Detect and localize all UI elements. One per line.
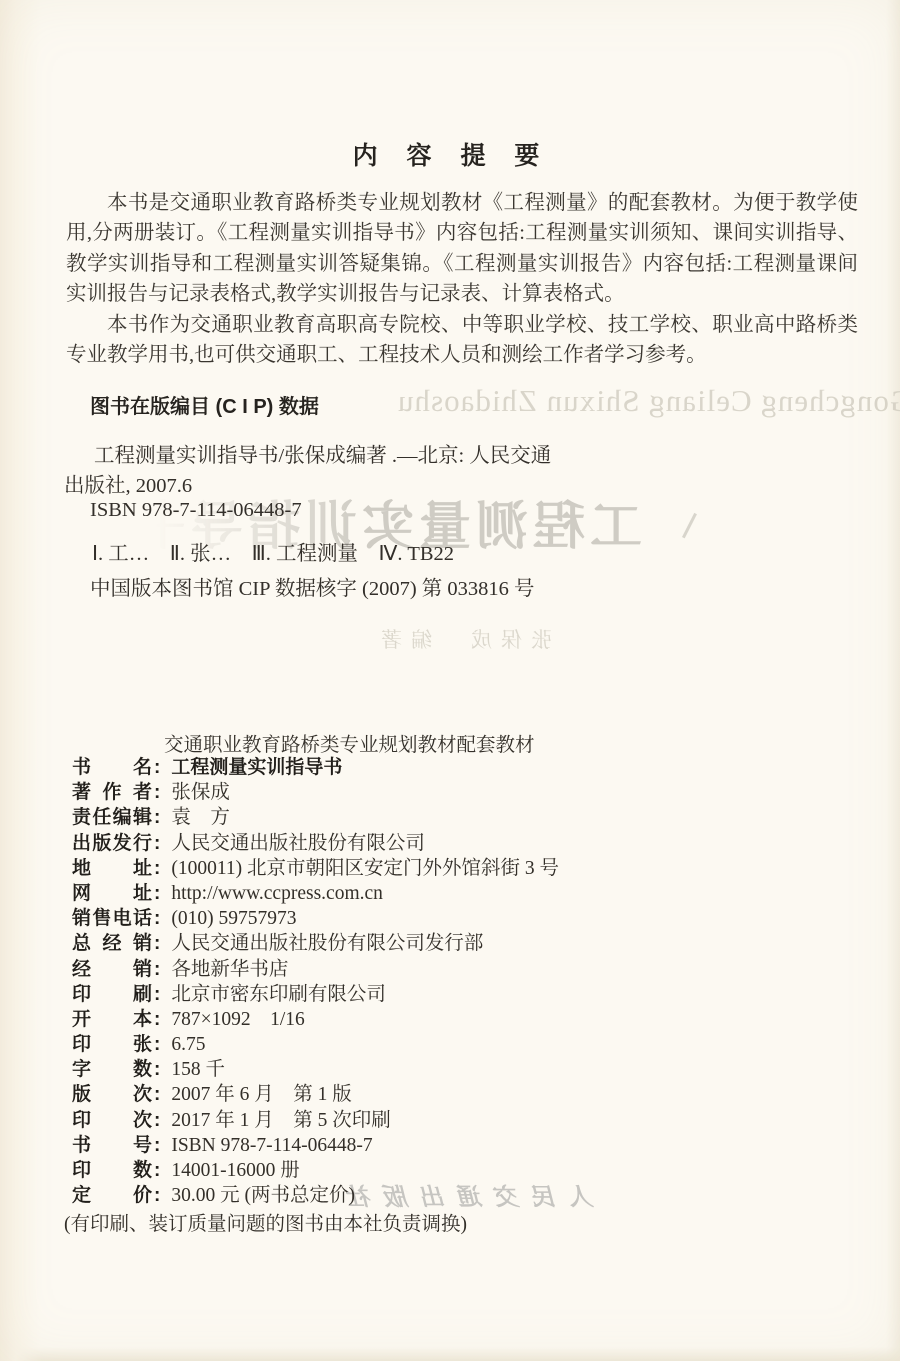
- colophon-label: 印刷: [72, 982, 152, 1007]
- colophon-row: 书号:ISBN 978-7-114-06448-7: [72, 1133, 852, 1158]
- colophon-colon: :: [154, 1059, 160, 1080]
- colophon-value: 袁 方: [171, 807, 230, 828]
- colophon-row: 责任编辑:袁 方: [72, 805, 852, 830]
- colophon-label: 网址: [72, 881, 152, 906]
- colophon-row: 印张:6.75: [72, 1032, 852, 1057]
- cip-heading: 图书在版编目 (C I P) 数据: [90, 390, 319, 419]
- colophon-row: 网址:http://www.ccpress.com.cn: [72, 881, 852, 906]
- summary-paragraph-2: 本书作为交通职业教育高职高专院校、中等职业学校、技工学校、职业高中路桥类专业教学…: [66, 310, 858, 371]
- colophon-label: 著作者: [72, 780, 152, 805]
- colophon-label: 总经销: [72, 931, 152, 956]
- colophon-value: 2007 年 6 月 第 1 版: [171, 1084, 351, 1105]
- colophon-value: 14001-16000 册: [171, 1160, 299, 1181]
- colophon-row: 印数:14001-16000 册: [72, 1158, 852, 1183]
- colophon-label: 书号: [72, 1133, 152, 1158]
- colophon-row: 字数:158 千: [72, 1057, 852, 1082]
- colophon-colon: :: [154, 1110, 160, 1131]
- colophon-colon: :: [154, 1084, 160, 1105]
- summary-paragraph-1: 本书是交通职业教育路桥类专业规划教材《工程测量》的配套教材。为便于教学使用,分两…: [66, 188, 858, 310]
- colophon-colon: :: [154, 984, 160, 1005]
- colophon-colon: :: [154, 908, 160, 929]
- colophon-label: 版次: [72, 1082, 152, 1107]
- summary-block: 本书是交通职业教育路桥类专业规划教材《工程测量》的配套教材。为便于教学使用,分两…: [66, 188, 858, 370]
- cip-line-2: 出版社, 2007.6: [64, 468, 192, 498]
- colophon-row: 出版发行:人民交通出版社股份有限公司: [72, 831, 852, 856]
- colophon-colon: :: [154, 858, 160, 879]
- colophon-row: 地址:(100011) 北京市朝阳区安定门外外馆斜街 3 号: [72, 856, 852, 881]
- colophon-row: 书名:工程测量实训指导书: [72, 755, 852, 780]
- series-note: 交通职业教育路桥类专业规划教材配套教材: [164, 729, 535, 757]
- colophon-value: 各地新华书店: [171, 959, 288, 980]
- colophon-row: 印次:2017 年 1 月 第 5 次印刷: [72, 1108, 852, 1133]
- colophon-value: 人民交通出版社股份有限公司发行部: [171, 933, 483, 954]
- colophon-value: 人民交通出版社股份有限公司: [171, 833, 425, 854]
- colophon-label: 印数: [72, 1158, 152, 1183]
- colophon-row: 总经销:人民交通出版社股份有限公司发行部: [72, 931, 852, 956]
- colophon-value: 工程测量实训指导书: [171, 757, 342, 778]
- colophon-row: 版次:2007 年 6 月 第 1 版: [72, 1082, 852, 1107]
- ghost-pinyin-title: Gongcheng Celiang Shixun Zhidaoshu: [397, 383, 900, 419]
- colophon-label: 责任编辑: [72, 805, 152, 830]
- colophon-label: 地址: [72, 856, 152, 881]
- colophon-row: 销售电话:(010) 59757973: [72, 906, 852, 931]
- colophon-label: 书名: [72, 755, 152, 780]
- colophon-label: 印次: [72, 1108, 152, 1133]
- colophon-value: 张保成: [171, 782, 230, 803]
- colophon-label: 经销: [72, 957, 152, 982]
- colophon-value: 158 千: [171, 1059, 225, 1080]
- page-title: 内 容 提 要: [0, 136, 900, 172]
- colophon-row: 经销:各地新华书店: [72, 957, 852, 982]
- colophon-colon: :: [154, 833, 160, 854]
- colophon-value: (010) 59757973: [171, 908, 296, 929]
- colophon-label: 印张: [72, 1032, 152, 1057]
- colophon-colon: :: [154, 1009, 160, 1030]
- cip-record-number: 中国版本图书馆 CIP 数据核字 (2007) 第 033816 号: [90, 571, 535, 601]
- colophon-colon: :: [154, 1034, 160, 1055]
- cip-classification: Ⅰ. 工… Ⅱ. 张… Ⅲ. 工程测量 Ⅳ. TB22: [92, 536, 454, 566]
- colophon-colon: :: [154, 1185, 160, 1206]
- quality-note: (有印刷、装订质量问题的图书由本社负责调换): [64, 1208, 467, 1236]
- colophon-value: 6.75: [171, 1034, 205, 1055]
- colophon-value: 30.00 元 (两书总定价): [171, 1185, 355, 1206]
- colophon-colon: :: [154, 1135, 160, 1156]
- colophon-value: http://www.ccpress.com.cn: [171, 883, 383, 904]
- colophon-colon: :: [154, 782, 160, 803]
- colophon-value: (100011) 北京市朝阳区安定门外外馆斜街 3 号: [171, 858, 559, 879]
- colophon-colon: :: [154, 933, 160, 954]
- colophon-value: 2017 年 1 月 第 5 次印刷: [171, 1110, 390, 1131]
- colophon-label: 开本: [72, 1007, 152, 1032]
- colophon-block: 书名:工程测量实训指导书 著作者:张保成 责任编辑:袁 方 出版发行:人民交通出…: [72, 755, 852, 1208]
- book-copyright-page: Gongcheng Celiang Shixun Zhidaoshu 工程测量实…: [0, 0, 900, 1361]
- colophon-value: 北京市密东印刷有限公司: [171, 984, 386, 1005]
- colophon-row: 开本:787×1092 1/16: [72, 1007, 852, 1032]
- ghost-slash-mark: [682, 513, 696, 538]
- colophon-value: 787×1092 1/16: [171, 1009, 304, 1030]
- colophon-label: 定价: [72, 1183, 152, 1208]
- colophon-colon: :: [154, 883, 160, 904]
- colophon-label: 字数: [72, 1057, 152, 1082]
- colophon-colon: :: [154, 959, 160, 980]
- colophon-row: 定价:30.00 元 (两书总定价): [72, 1183, 852, 1208]
- colophon-row: 印刷:北京市密东印刷有限公司: [72, 982, 852, 1007]
- colophon-label: 销售电话: [72, 906, 152, 931]
- colophon-value: ISBN 978-7-114-06448-7: [171, 1135, 372, 1156]
- colophon-colon: :: [154, 807, 160, 828]
- colophon-row: 著作者:张保成: [72, 780, 852, 805]
- colophon-colon: :: [154, 757, 160, 778]
- cip-line-1: 工程测量实训指导书/张保成编著 .—北京: 人民交通: [94, 438, 551, 468]
- cip-isbn: ISBN 978-7-114-06448-7: [90, 499, 302, 522]
- colophon-colon: :: [154, 1160, 160, 1181]
- colophon-label: 出版发行: [72, 831, 152, 856]
- ghost-author-line: 张保成 编著: [372, 624, 552, 654]
